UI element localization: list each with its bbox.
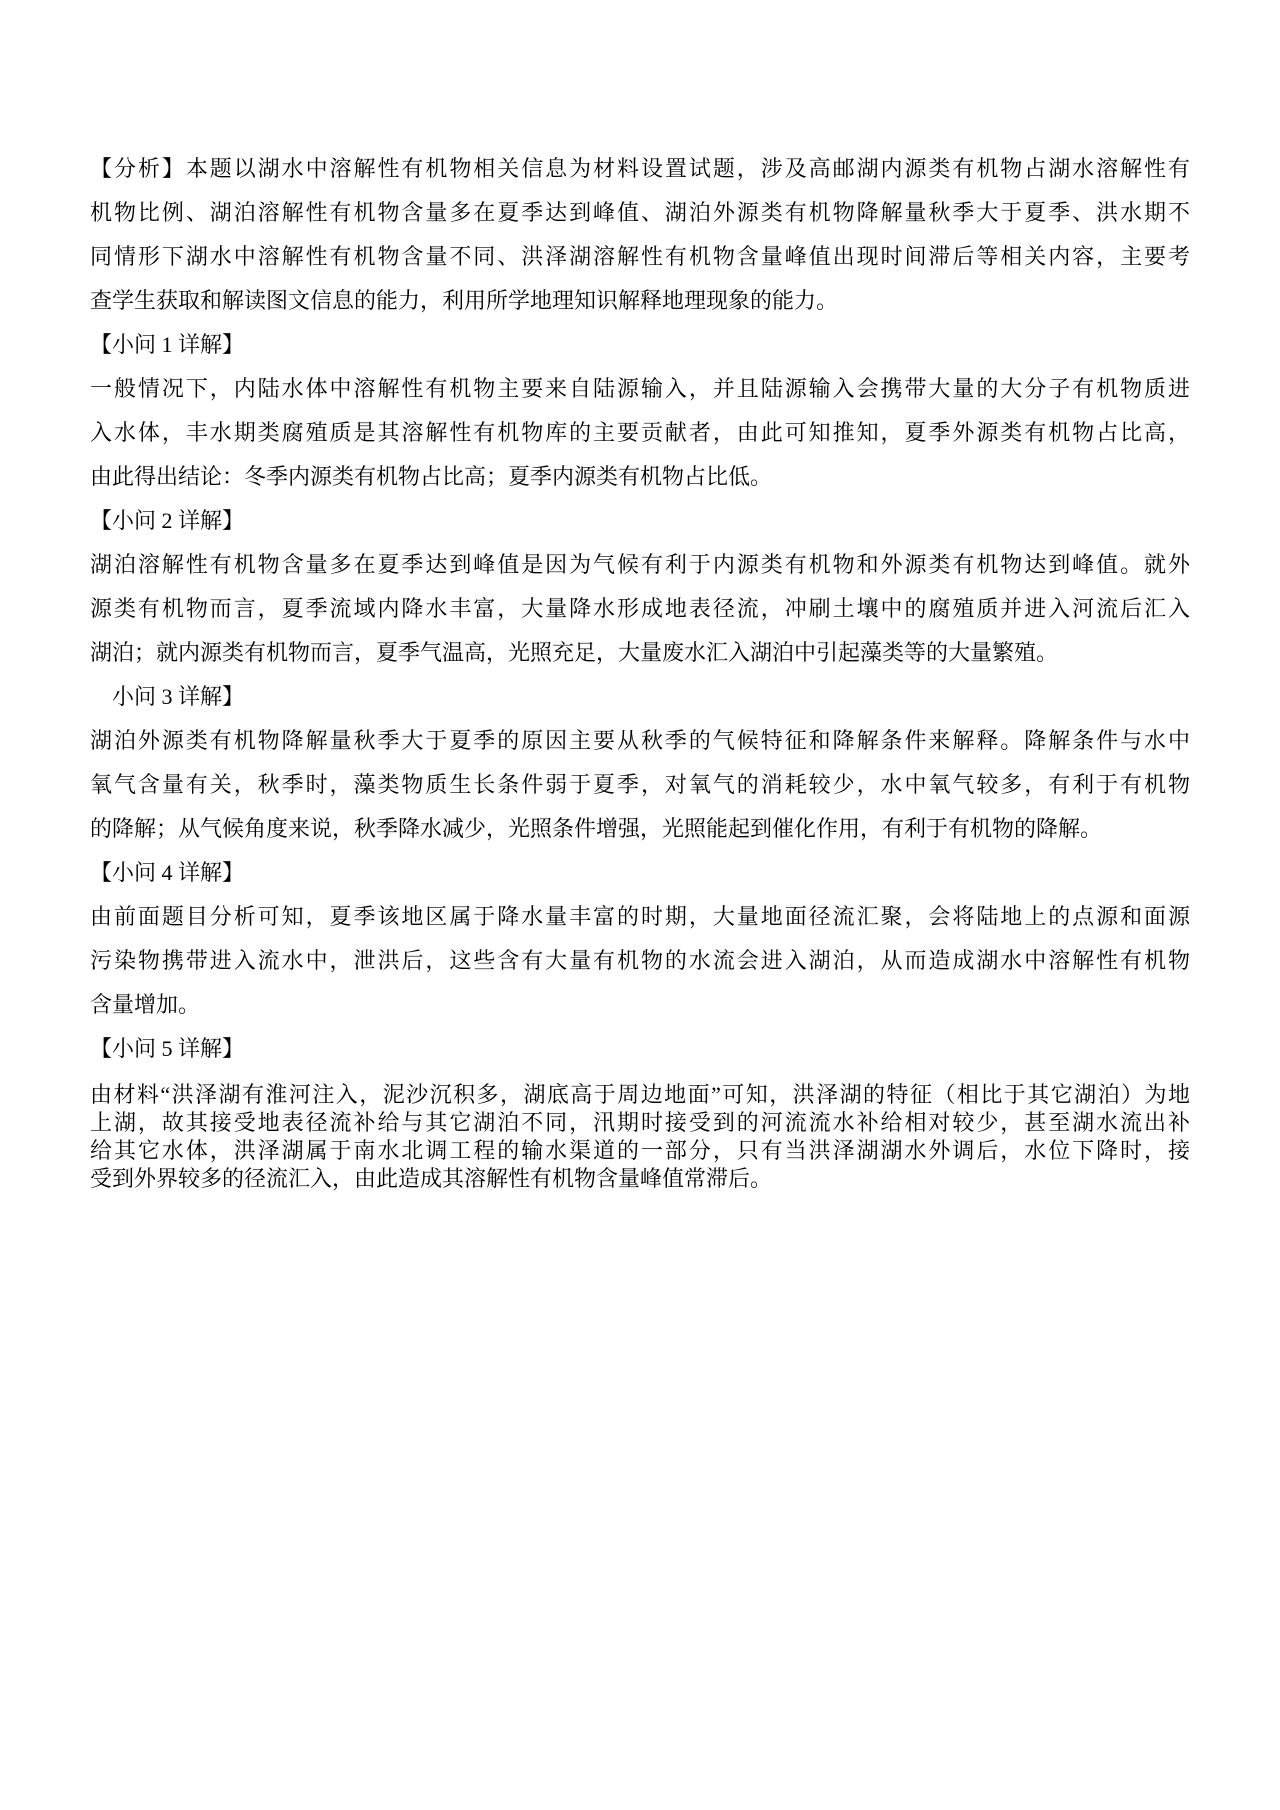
section-heading: 小问 3 详解】 [90, 675, 1190, 719]
subq1-heading: 【小问 1 详解】 [90, 323, 1190, 367]
subq4-heading: 【小问 4 详解】 [90, 851, 1190, 895]
text-line: 湖泊；就内源类有机物而言，夏季气温高，光照充足，大量废水汇入湖泊中引起藻类等的大… [90, 631, 1190, 675]
text-line: 由此得出结论：冬季内源类有机物占比高；夏季内源类有机物占比低。 [90, 455, 1190, 499]
text-line: 由前面题目分析可知，夏季该地区属于降水量丰富的时期，大量地面径流汇聚，会将陆地上… [90, 895, 1190, 939]
text-line: 源类有机物而言，夏季流域内降水丰富，大量降水形成地表径流，冲刷土壤中的腐殖质并进… [90, 587, 1190, 631]
subq5-paragraph: 由材料“洪泽湖有淮河注入，泥沙沉积多，湖底高于周边地面”可知，洪泽湖的特征（相比… [90, 1081, 1190, 1193]
subq4-paragraph: 由前面题目分析可知，夏季该地区属于降水量丰富的时期，大量地面径流汇聚，会将陆地上… [90, 895, 1190, 1027]
subq3-paragraph: 湖泊外源类有机物降解量秋季大于夏季的原因主要从秋季的气候特征和降解条件来解释。降… [90, 719, 1190, 851]
text-line: 入水体，丰水期类腐殖质是其溶解性有机物库的主要贡献者，由此可知推知，夏季外源类有… [90, 411, 1190, 455]
text-line: 湖泊溶解性有机物含量多在夏季达到峰值是因为气候有利于内源类有机物和外源类有机物达… [90, 543, 1190, 587]
analysis-paragraph: 【分析】本题以湖水中溶解性有机物相关信息为材料设置试题，涉及高邮湖内源类有机物占… [90, 147, 1190, 323]
section-heading: 【小问 1 详解】 [90, 323, 1190, 367]
text-line: 给其它水体，洪泽湖属于南水北调工程的输水渠道的一部分，只有当洪泽湖湖水外调后，水… [90, 1137, 1190, 1165]
text-line: 同情形下湖水中溶解性有机物含量不同、洪泽湖溶解性有机物含量峰值出现时间滞后等相关… [90, 235, 1190, 279]
text-line: 污染物携带进入流水中，泄洪后，这些含有大量有机物的水流会进入湖泊，从而造成湖水中… [90, 939, 1190, 983]
text-line: 一般情况下，内陆水体中溶解性有机物主要来自陆源输入，并且陆源输入会携带大量的大分… [90, 367, 1190, 411]
subq2-paragraph: 湖泊溶解性有机物含量多在夏季达到峰值是因为气候有利于内源类有机物和外源类有机物达… [90, 543, 1190, 675]
subq5-heading: 【小问 5 详解】 [90, 1027, 1190, 1071]
subq3-heading: 小问 3 详解】 [90, 675, 1190, 719]
text-line: 的降解；从气候角度来说，秋季降水减少，光照条件增强，光照能起到催化作用，有利于有… [90, 807, 1190, 851]
text-line: 【分析】本题以湖水中溶解性有机物相关信息为材料设置试题，涉及高邮湖内源类有机物占… [90, 147, 1190, 191]
subq1-paragraph: 一般情况下，内陆水体中溶解性有机物主要来自陆源输入，并且陆源输入会携带大量的大分… [90, 367, 1190, 499]
text-line: 查学生获取和解读图文信息的能力，利用所学地理知识解释地理现象的能力。 [90, 279, 1190, 323]
text-line: 湖泊外源类有机物降解量秋季大于夏季的原因主要从秋季的气候特征和降解条件来解释。降… [90, 719, 1190, 763]
section-heading: 【小问 5 详解】 [90, 1027, 1190, 1071]
text-line: 上湖，故其接受地表径流补给与其它湖泊不同，汛期时接受到的河流流水补给相对较少，甚… [90, 1109, 1190, 1137]
subq2-heading: 【小问 2 详解】 [90, 499, 1190, 543]
section-heading: 【小问 2 详解】 [90, 499, 1190, 543]
text-line: 机物比例、湖泊溶解性有机物含量多在夏季达到峰值、湖泊外源类有机物降解量秋季大于夏… [90, 191, 1190, 235]
section-heading: 【小问 4 详解】 [90, 851, 1190, 895]
text-line: 受到外界较多的径流汇入，由此造成其溶解性有机物含量峰值常滞后。 [90, 1165, 1190, 1193]
document-page: 【分析】本题以湖水中溶解性有机物相关信息为材料设置试题，涉及高邮湖内源类有机物占… [0, 0, 1280, 1193]
text-line: 含量增加。 [90, 983, 1190, 1027]
text-line: 由材料“洪泽湖有淮河注入，泥沙沉积多，湖底高于周边地面”可知，洪泽湖的特征（相比… [90, 1081, 1190, 1109]
text-line: 氧气含量有关，秋季时，藻类物质生长条件弱于夏季，对氧气的消耗较少，水中氧气较多，… [90, 763, 1190, 807]
